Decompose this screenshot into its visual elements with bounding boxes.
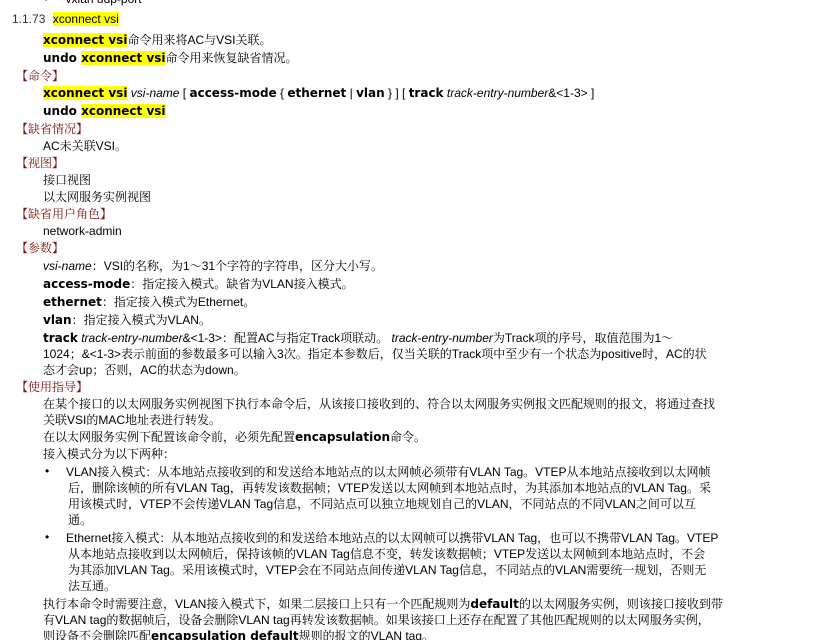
keyword: access-mode (189, 86, 276, 100)
usage-paragraph-2: 在以太网服务实例下配置该命令前，必须先配置encapsulation命令。 (43, 429, 426, 445)
bullet-2-line-4: 法互通。 (68, 578, 116, 594)
usage-paragraph-1-line-1: 在某个接口的以太网服务实例视图下执行本命令后，从该接口接收到的、符合以太网服务实… (43, 396, 715, 412)
param-name: ethernet (43, 295, 102, 309)
param-track-line-2: 1024；&<1-3>表示前面的参数最多可以输入3次。指定本参数后，仅当关联的T… (43, 346, 707, 362)
view-item: 以太网服务实例视图 (43, 189, 151, 205)
argument: track-entry-number (81, 331, 182, 345)
bullet-1-line-4: 通。 (68, 512, 92, 528)
previous-item-text: vxlan udp-port (66, 0, 142, 6)
intro-text: 命令用来将AC与VSI关联。 (127, 33, 271, 47)
section-label-usage: 【使用指导】 (16, 379, 88, 395)
command-keyword: xconnect vsi (81, 51, 165, 65)
undo-keyword: undo (43, 51, 81, 65)
heading-number: 1.1.73 (12, 12, 45, 26)
param-track-line-3: 态才会up；否则，AC的状态为down。 (43, 362, 246, 378)
bullet-2-line-1: Ethernet接入模式：从本地站点接收到的和发送给本地站点的以太网帧可以携带V… (66, 530, 718, 546)
command-keyword: xconnect vsi (43, 86, 127, 100)
default-text: AC未关联VSI。 (43, 138, 127, 154)
usage-text: 命令。 (390, 430, 426, 444)
argument: track-entry-number (392, 331, 493, 345)
undo-command-syntax-line: undo xconnect vsi (43, 103, 166, 119)
syntax-bracket: | (346, 86, 356, 100)
syntax-bracket: [ (179, 86, 189, 100)
param-desc: ：VSI的名称，为1～31个字符的字符串，区分大小写。 (92, 259, 383, 273)
param-vlan: vlan：指定接入模式为VLAN。 (43, 312, 211, 328)
usage-paragraph-3: 接入模式分为以下两种： (43, 446, 175, 462)
syntax-bracket: } ] [ (385, 86, 409, 100)
param-desc: ：指定接入模式。缺省为VLAN接入模式。 (130, 277, 353, 291)
bullet-icon: • (45, 464, 49, 478)
usage-paragraph-4-line-1: 执行本命令时需要注意，VLAN接入模式下，如果二层接口上只有一个匹配规则为def… (43, 596, 723, 612)
command-keyword: xconnect vsi (43, 33, 127, 47)
usage-text: 则设备不会删除匹配 (43, 629, 151, 640)
bullet-icon: • (44, 0, 48, 6)
usage-paragraph-4-line-2: 有VLAN tag的数据帧后，设备会删除VLAN tag再转发该数据帧。如果该接… (43, 612, 710, 628)
keyword: ethernet (287, 86, 346, 100)
intro-text: 命令用来恢复缺省情况。 (166, 51, 298, 65)
usage-text: 在以太网服务实例下配置该命令前，必须先配置 (43, 430, 295, 444)
param-desc: ：指定接入模式为VLAN。 (72, 313, 211, 327)
param-desc: ：指定接入模式为Ethernet。 (102, 295, 255, 309)
argument: vsi-name (131, 86, 180, 100)
command-keyword: xconnect vsi (81, 104, 165, 118)
keyword: default (470, 597, 518, 611)
usage-paragraph-4-line-3: 则设备不会删除匹配encapsulation default规则的报文的VLAN… (43, 628, 434, 640)
undo-keyword: undo (43, 104, 81, 118)
usage-paragraph-1-line-2: 关联VSI的MAC地址表进行转发。 (43, 412, 221, 428)
param-track-line-1: track track-entry-number&<1-3>：配置AC与指定Tr… (43, 330, 673, 346)
syntax-bracket: { (277, 86, 288, 100)
view-item: 接口视图 (43, 172, 91, 188)
param-access-mode: access-mode：指定接入模式。缺省为VLAN接入模式。 (43, 276, 354, 292)
param-name: vsi-name (43, 259, 92, 273)
syntax-bracket: &<1-3> ] (548, 86, 594, 100)
section-label-parameters: 【参数】 (16, 240, 64, 256)
intro-line-1: xconnect vsi命令用来将AC与VSI关联。 (43, 32, 271, 48)
param-ethernet: ethernet：指定接入模式为Ethernet。 (43, 294, 255, 310)
previous-list-item: • vxlan udp-port (44, 0, 142, 7)
keyword: track (409, 86, 444, 100)
param-vsi-name: vsi-name：VSI的名称，为1～31个字符的字符串，区分大小写。 (43, 258, 383, 274)
bullet-1-line-3: 用该模式时，VTEP不会传递VLAN Tag信息，不同站点可以独立地规划自己的V… (68, 496, 696, 512)
param-name: vlan (43, 313, 72, 327)
argument: track-entry-number (447, 86, 548, 100)
usage-text: 规则的报文的VLAN tag。 (299, 629, 434, 640)
bullet-1-line-2: 后，删除该帧的所有VLAN Tag，再转发该数据帧；VTEP发送以太网帧到本地站… (68, 480, 711, 496)
section-heading: 1.1.73 xconnect vsi (12, 11, 119, 27)
keyword: vlan (356, 86, 385, 100)
user-role-text: network-admin (43, 223, 122, 239)
section-label-view: 【视图】 (16, 155, 64, 171)
keyword: encapsulation default (151, 629, 299, 640)
param-name: track (43, 331, 78, 345)
bullet-2-line-2: 从本地站点接收到以太网帧后，保持该帧的VLAN Tag信息不变，转发该数据帧；V… (68, 546, 705, 562)
bullet-1-line-1: VLAN接入模式：从本地站点接收到的和发送给本地站点的以太网帧必须带有VLAN … (66, 464, 711, 480)
usage-text: 的以太网服务实例，则该接口接收到带 (519, 597, 723, 611)
command-syntax-line: xconnect vsi vsi-name [ access-mode { et… (43, 85, 594, 101)
param-name: access-mode (43, 277, 130, 291)
usage-text: 执行本命令时需要注意，VLAN接入模式下，如果二层接口上只有一个匹配规则为 (43, 597, 470, 611)
param-desc: 为Track项的序号，取值范围为1～ (493, 331, 673, 345)
keyword: encapsulation (295, 430, 390, 444)
bullet-icon: • (45, 530, 49, 544)
section-label-user-role: 【缺省用户角色】 (16, 206, 112, 222)
section-label-default: 【缺省情况】 (16, 121, 88, 137)
param-desc: &<1-3>：配置AC与指定Track项联动。 (183, 331, 389, 345)
heading-title: xconnect vsi (53, 12, 119, 26)
intro-line-2: undo xconnect vsi命令用来恢复缺省情况。 (43, 50, 298, 66)
bullet-2-line-3: 为其添加VLAN Tag。采用该模式时，VTEP会在不同站点间传递VLAN Ta… (68, 562, 706, 578)
section-label-command: 【命令】 (16, 68, 64, 84)
